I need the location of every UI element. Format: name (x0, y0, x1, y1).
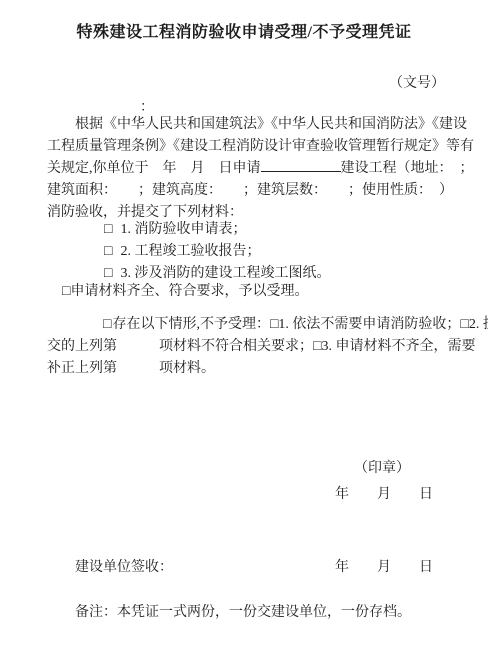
accept-row: □申请材料齐全、符合要求，予以受理。 (62, 281, 308, 303)
materials-list: □1. 消防验收申请表； □2. 工程竣工验收报告； □3. 涉及消防的建设工程… (104, 219, 330, 285)
intro-line-3: 关规定,你单位于 年 月 日申请建设工程（地址： ； (47, 158, 477, 180)
intro-paragraph: 根据《中华人民共和国建筑法》《中华人民共和国消防法》《建设 工程质量管理条例》《… (47, 114, 477, 224)
page-title: 特殊建设工程消防验收申请受理/不予受理凭证 (0, 19, 488, 42)
sign-label: 建设单位签收： (75, 556, 173, 576)
reject-line-1-text: 存在以下情形,不予受理：□1. 依法不需要申请消防验收；□2. 提 (112, 317, 488, 332)
material-label: 3. 涉及消防的建设工程竣工图纸。 (120, 266, 330, 281)
seal-date: 年 月 日 (335, 483, 433, 503)
material-label: 1. 消防验收申请表； (120, 222, 246, 237)
reject-line-2: 交的上列第 项材料不符合相关要求；□3. 申请材料不齐全，需要 (47, 336, 477, 358)
material-item: □1. 消防验收申请表； (104, 219, 330, 241)
certificate-page: 特殊建设工程消防验收申请受理/不予受理凭证 （文号） ： 根据《中华人民共和国建… (0, 0, 488, 646)
sign-date: 年 月 日 (335, 556, 433, 576)
doc-number-label: （文号） (389, 72, 445, 92)
checkbox-icon[interactable]: □ (75, 314, 111, 336)
material-label: 2. 工程竣工验收报告； (120, 244, 260, 259)
project-name-blank (261, 158, 341, 172)
intro-line-1: 根据《中华人民共和国建筑法》《中华人民共和国消防法》《建设 (47, 114, 477, 136)
reject-line-1: □存在以下情形,不予受理：□1. 依法不需要申请消防验收；□2. 提 (47, 314, 477, 336)
addressee-colon: ： (140, 96, 154, 116)
reject-paragraph: □存在以下情形,不予受理：□1. 依法不需要申请消防验收；□2. 提 交的上列第… (47, 314, 477, 380)
intro-line-3-before: 关规定,你单位于 年 月 日申请 (47, 161, 261, 176)
accept-label: 申请材料齐全、符合要求，予以受理。 (70, 284, 308, 299)
checkbox-icon[interactable]: □ (104, 219, 112, 241)
intro-line-3-after: 建设工程（地址： ； (341, 161, 474, 176)
checkbox-icon[interactable]: □ (104, 241, 112, 263)
reject-line-3: 补正上列第 项材料。 (47, 358, 477, 380)
material-item: □2. 工程竣工验收报告； (104, 241, 330, 263)
seal-placeholder: （印章） (354, 457, 410, 477)
intro-line-4: 建筑面积： ；建筑高度： ；建筑层数： ；使用性质： ） (47, 180, 477, 202)
note-text: 备注：本凭证一式两份，一份交建设单位，一份存档。 (75, 601, 411, 621)
intro-line-2: 工程质量管理条例》《建设工程消防设计审查验收管理暂行规定》等有 (47, 136, 477, 158)
